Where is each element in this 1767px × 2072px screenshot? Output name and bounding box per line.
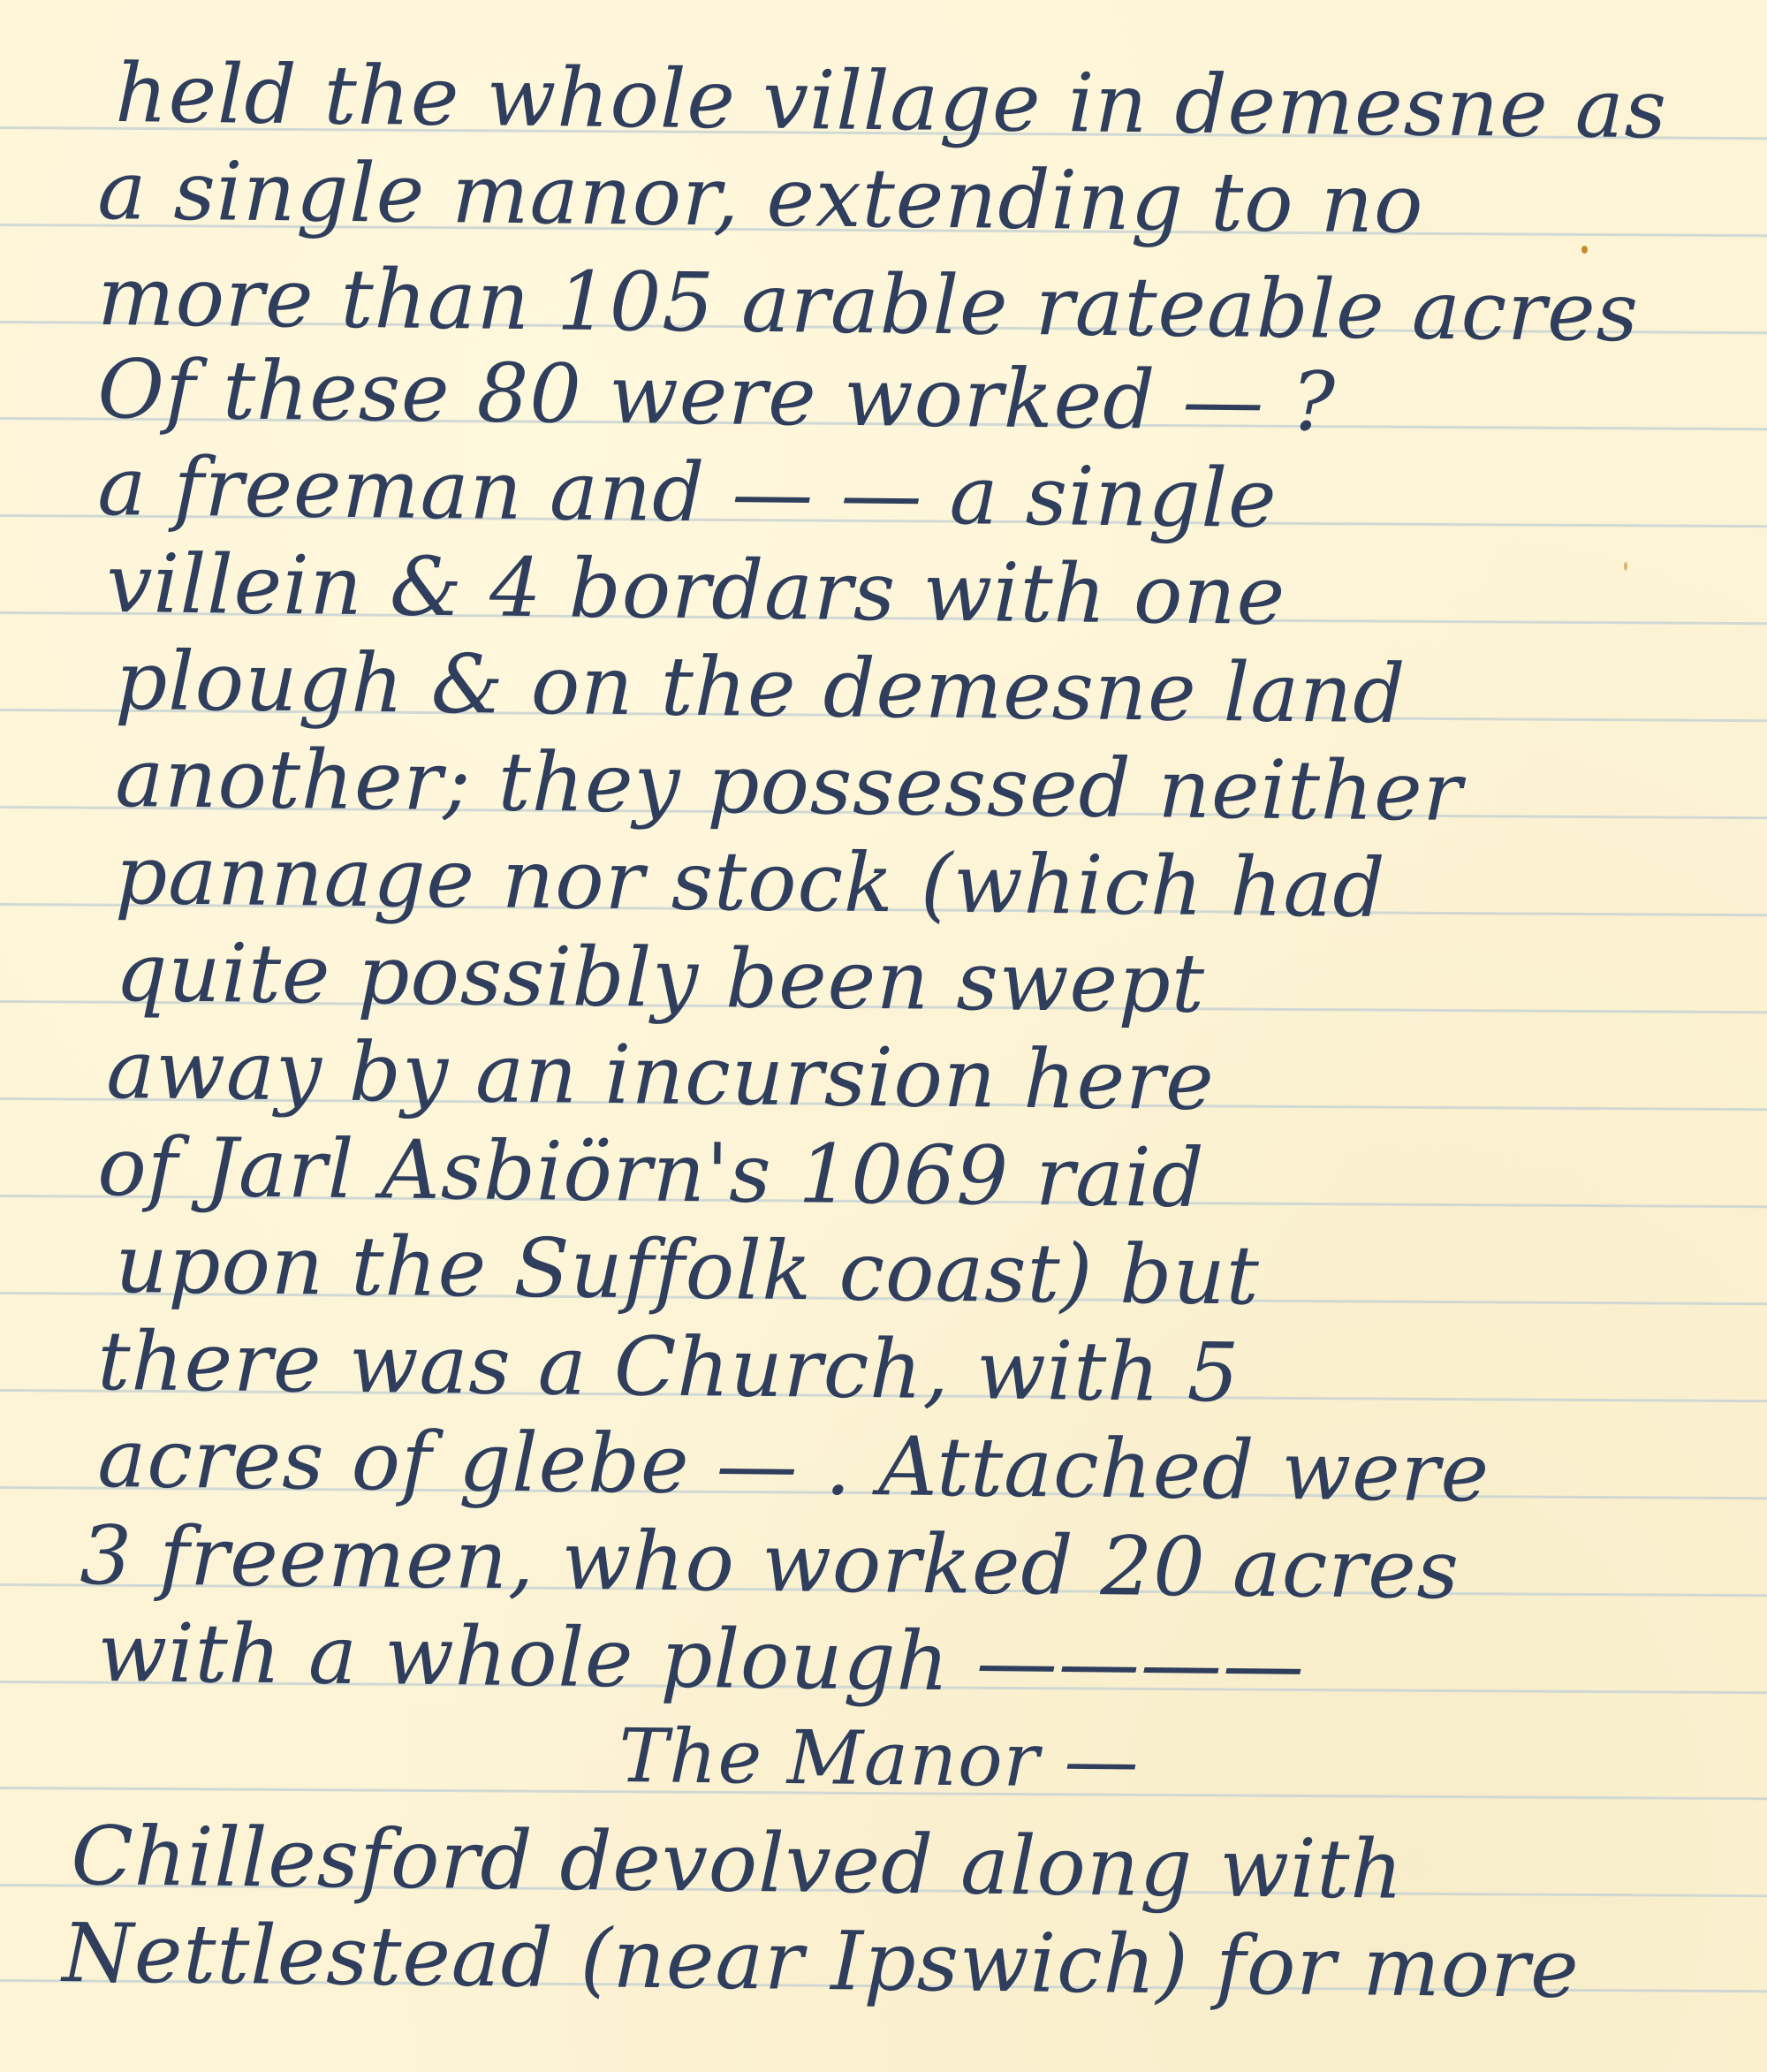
text-line: Chillesford devolved along with [71,1816,1404,1911]
text-line: upon the Suffolk coast) but [115,1224,1260,1317]
text-line: there was a Church, with 5 [97,1321,1240,1415]
section-heading: The Manor — [618,1719,1140,1798]
text-line: 3 freemen, who worked 20 acres [80,1515,1460,1611]
text-line: plough & on the demesne land [115,641,1407,735]
text-line: acres of glebe — . Attached were [97,1418,1490,1514]
text-line: Nettlestead (near Ipswich) for more [62,1913,1580,2010]
text-line: a single manor, extending to no [97,150,1424,246]
text-line: away by an incursion here [106,1029,1215,1122]
text-line: villein & 4 bordars with one [106,543,1286,637]
text-line: another; they possessed neither [115,738,1463,833]
text-line: a freeman and — — a single [97,446,1278,540]
ink-fleck [1624,562,1627,571]
text-line: quite possibly been swept [115,932,1205,1025]
text-line: with a whole plough ———— [97,1613,1305,1706]
text-line: pannage nor stock (which had [115,835,1386,930]
text-line: more than 105 arable rateable acres [97,256,1639,353]
text-line: held the whole village in demesne as [115,53,1667,150]
ink-fleck [1581,246,1588,254]
manuscript-page: held the whole village in demesne as a s… [0,0,1767,2072]
text-line: of Jarl Asbiörn's 1069 raid [97,1127,1205,1219]
text-line: Of these 80 were worked — ? [97,349,1336,444]
